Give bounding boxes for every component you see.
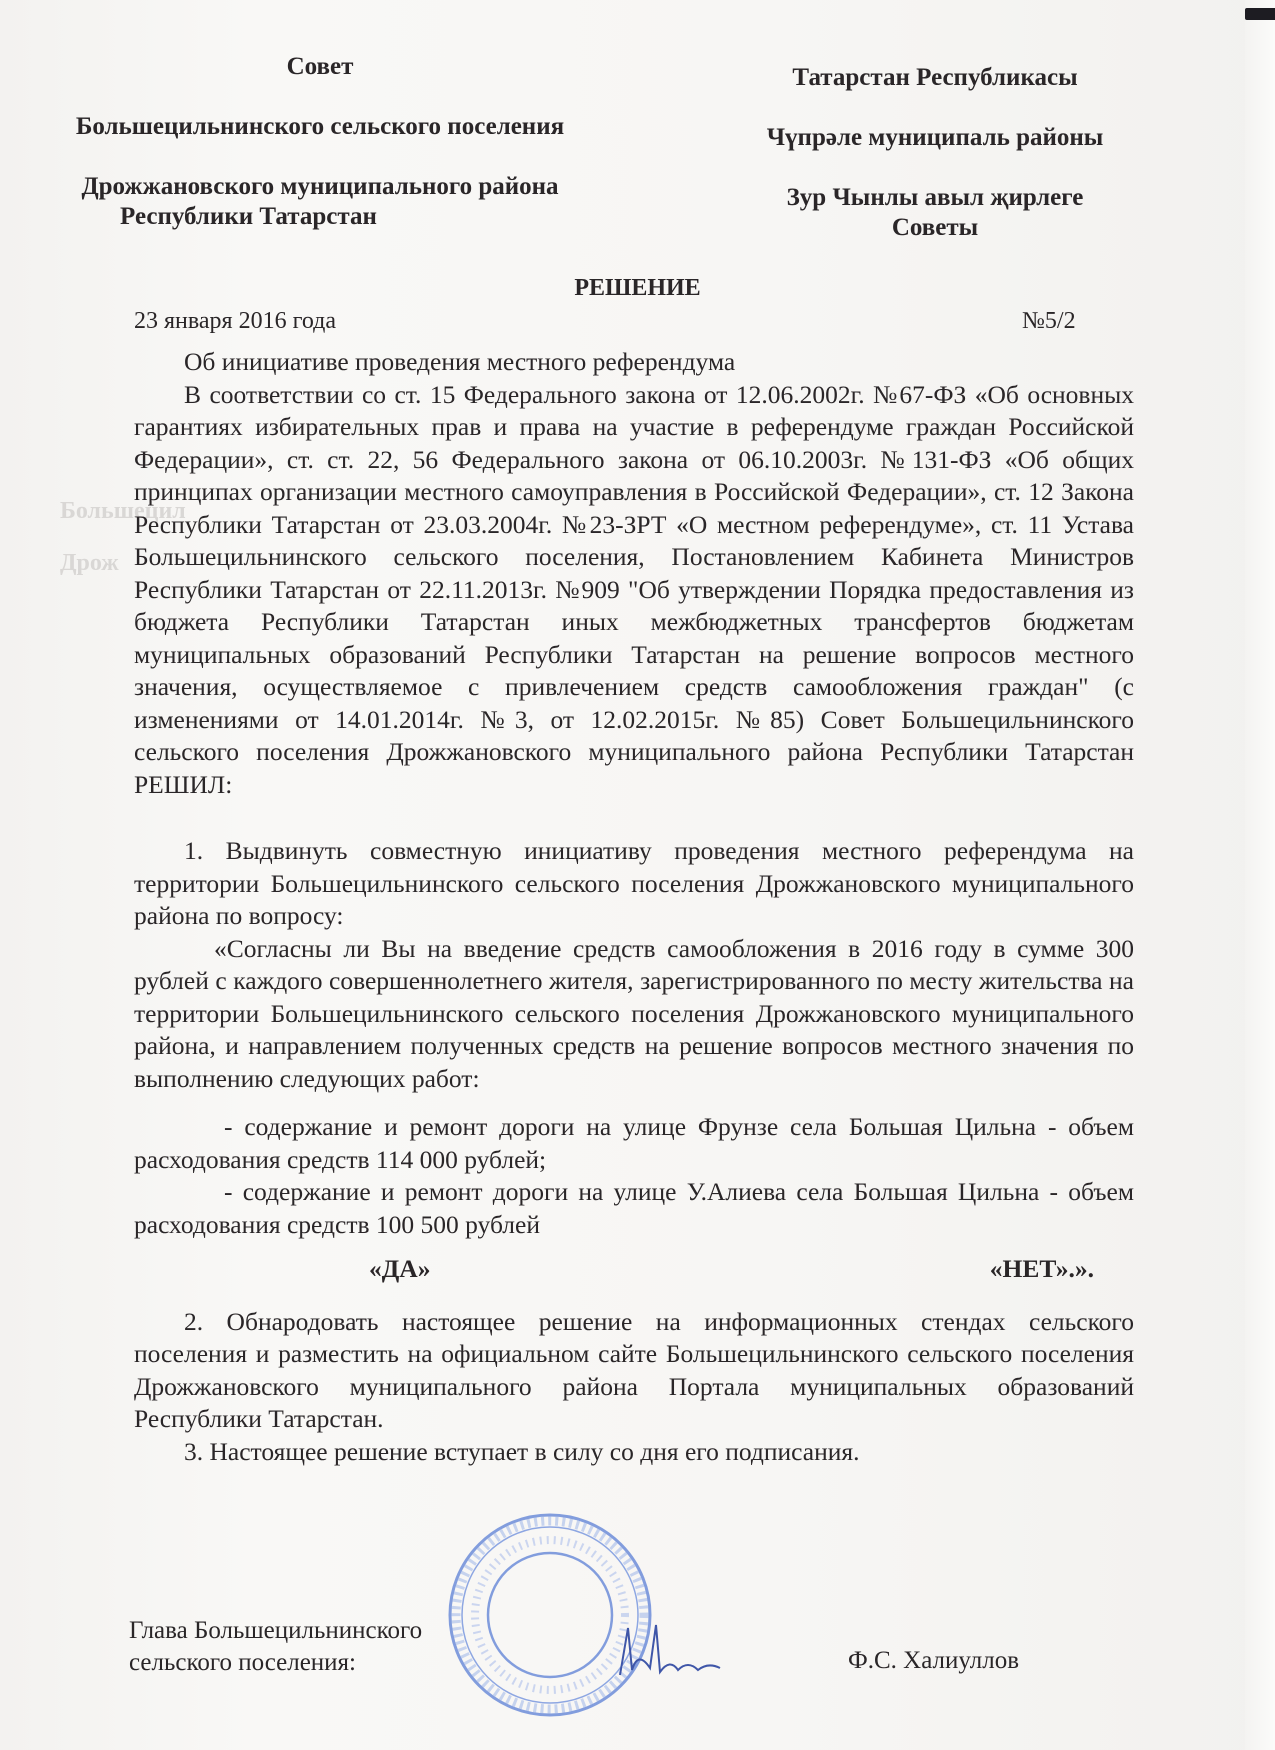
document-title: РЕШЕНИЕ — [0, 275, 1275, 302]
bleed-through-text: Дрож — [60, 550, 119, 577]
header-left: Совет Большецильнинского сельского посел… — [60, 52, 580, 232]
page-edge — [1245, 0, 1275, 1750]
header-right-line: Татарстан Республикасы — [720, 63, 1150, 93]
document-number: №5/2 — [1022, 308, 1076, 335]
scan-corner-mark — [1245, 8, 1275, 20]
signatory-name: Ф.С. Халиуллов — [848, 1647, 1019, 1675]
header-right-line: Советы — [720, 213, 1150, 243]
header-right: Татарстан Республикасы Чүпрәле муниципал… — [720, 63, 1150, 243]
answer-no: «НЕТ».». — [990, 1253, 1094, 1286]
signatory-position-line: сельского поселения: — [129, 1647, 422, 1679]
header-left-line: Большецильнинского сельского поселения — [60, 112, 580, 142]
item-2-paragraph: 2. Обнародовать настоящее решение на инф… — [134, 1306, 1134, 1436]
header-left-line: Совет — [60, 52, 580, 82]
answer-yes: «ДА» — [369, 1253, 430, 1286]
referendum-question: «Согласны ли Вы на введение средств само… — [134, 933, 1134, 1096]
signatory-position: Глава Большецильнинского сельского посел… — [129, 1615, 422, 1679]
preamble-paragraph: В соответствии со ст. 15 Федерального за… — [134, 379, 1134, 802]
official-stamp-icon — [445, 1510, 655, 1720]
work-item: - содержание и ремонт дороги на улице Фр… — [134, 1111, 1134, 1176]
signatory-position-line: Глава Большецильнинского — [129, 1615, 422, 1647]
scanned-page: Большецил Дрож Совет Большецильнинского … — [0, 0, 1275, 1750]
document-date: 23 января 2016 года — [134, 308, 336, 335]
document-subject: Об инициативе проведения местного рефере… — [134, 346, 1134, 379]
item-1-paragraph: 1. Выдвинуть совместную инициативу прове… — [134, 835, 1134, 933]
handwritten-signature-icon — [610, 1620, 740, 1680]
header-left-line: Республики Татарстан — [60, 202, 580, 232]
work-item: - содержание и ремонт дороги на улице У.… — [134, 1176, 1134, 1241]
item-3-paragraph: 3. Настоящее решение вступает в силу со … — [134, 1436, 1134, 1469]
document-body: Об инициативе проведения местного рефере… — [134, 346, 1134, 1468]
header-left-line: Дрожжановского муниципального района — [60, 172, 580, 202]
header-right-line: Чүпрәле муниципаль районы — [720, 123, 1150, 153]
answer-options: «ДА» «НЕТ».». — [134, 1253, 1134, 1286]
header-right-line: Зур Чынлы авыл җирлеге — [720, 183, 1150, 213]
